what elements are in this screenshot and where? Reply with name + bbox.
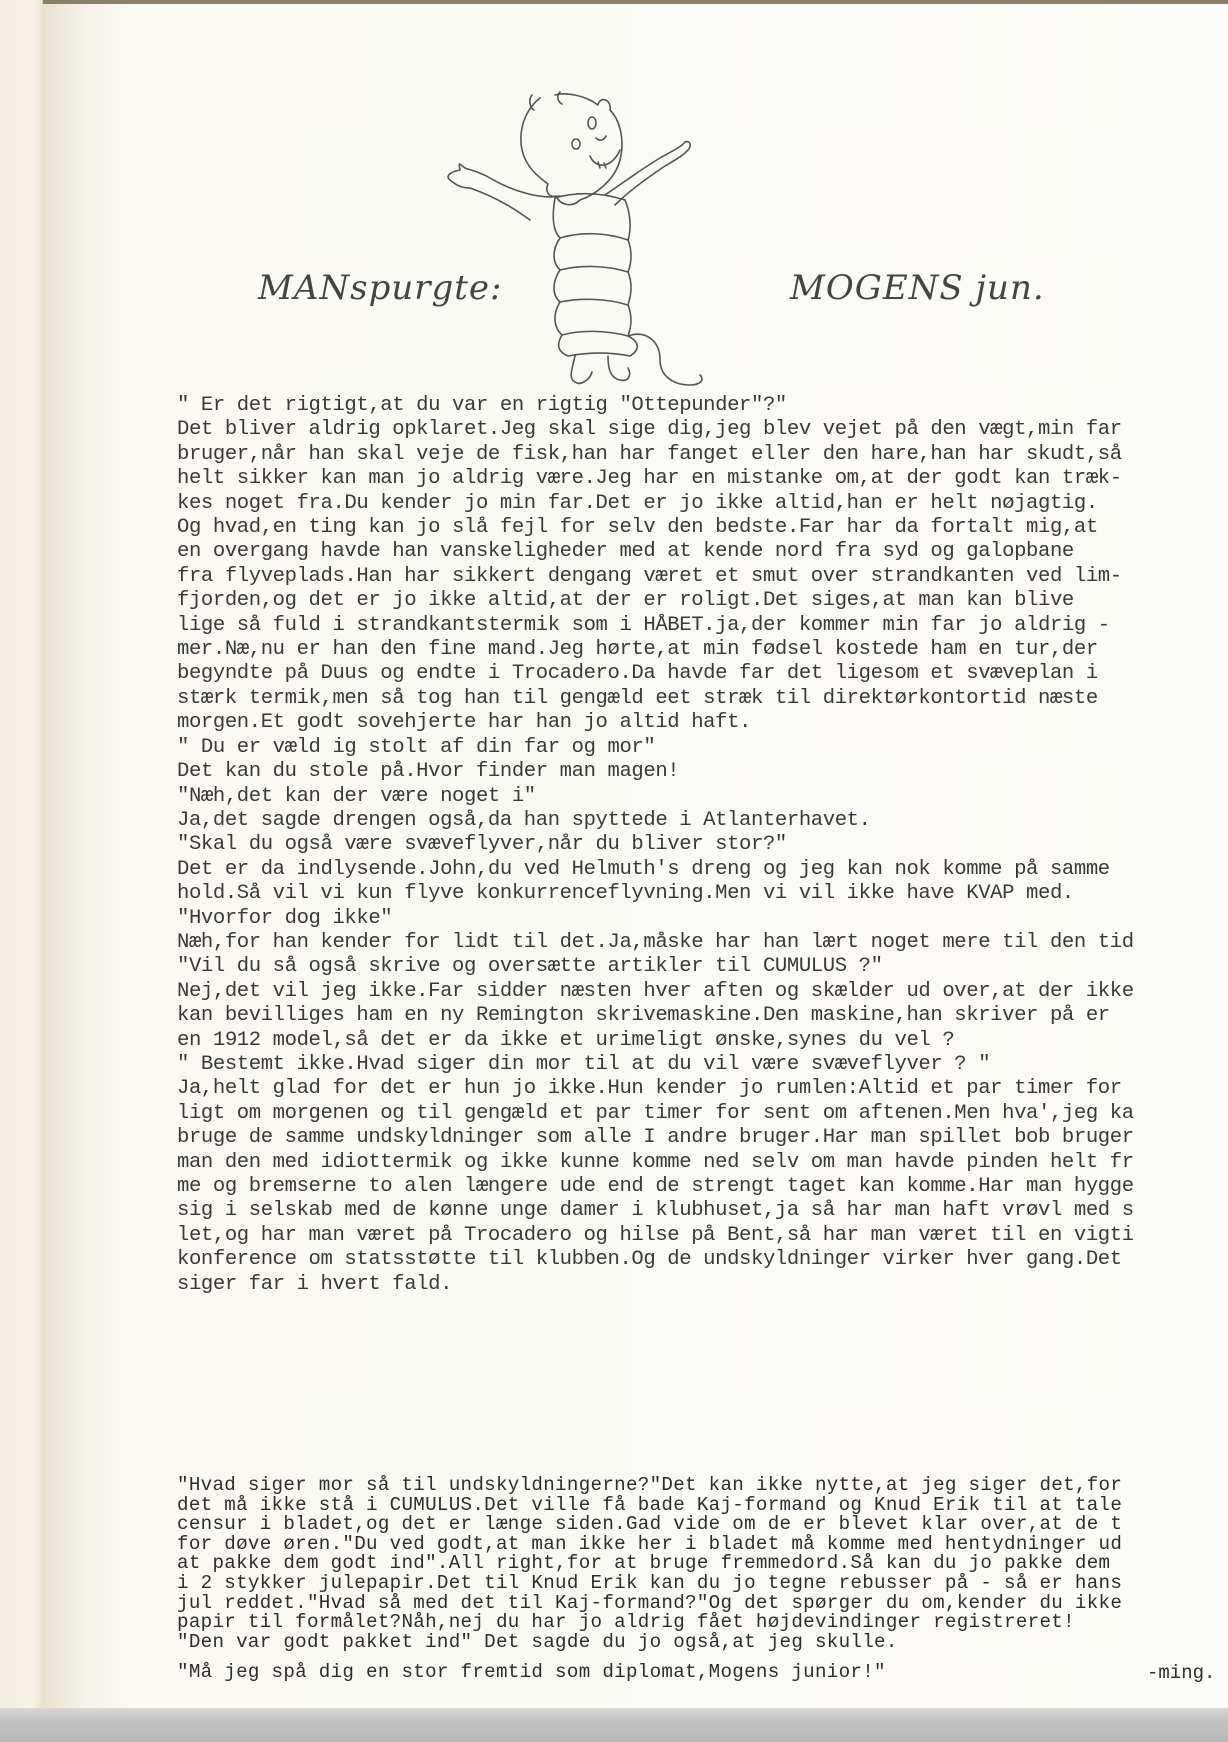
text-line: "Hvorfor dog ikke": [177, 907, 1228, 931]
text-line: i 2 stykker julepapir.Det til Knud Erik …: [177, 1574, 1228, 1594]
text-line: kan bevilliges ham en ny Remington skriv…: [177, 1004, 1228, 1028]
text-line: "Skal du også være svæveflyver,når du bl…: [177, 833, 1228, 857]
text-line: kes noget fra.Du kender jo min far.Det e…: [177, 492, 1228, 516]
text-line: Og hvad,en ting kan jo slå fejl for selv…: [177, 516, 1228, 540]
text-line: fra flyveplads.Han har sikkert dengang v…: [177, 565, 1228, 589]
author-signature: -ming.: [1147, 1662, 1215, 1684]
text-line: "Næh,det kan der være noget i": [177, 785, 1228, 809]
text-line: Det kan du stole på.Hvor finder man mage…: [177, 760, 1228, 784]
closing-line: "Må jeg spå dig en stor fremtid som dipl…: [177, 1660, 1228, 1684]
cartoon-boy-illustration: [0, 0, 1228, 400]
text-line: sig i selskab med de kønne unge damer i …: [177, 1199, 1228, 1223]
interview-final-paragraph: "Hvad siger mor så til undskyldningerne?…: [177, 1476, 1228, 1652]
text-line: en overgang havde han vanskeligheder med…: [177, 540, 1228, 564]
text-line: let,og har man været på Trocadero og hil…: [177, 1224, 1228, 1248]
text-line: Det er da indlysende.John,du ved Helmuth…: [177, 858, 1228, 882]
text-line: stærk termik,men så tog han til gengæld …: [177, 687, 1228, 711]
text-line: bruger,når han skal veje de fisk,han har…: [177, 443, 1228, 467]
text-line: morgen.Et godt sovehjerte har han jo alt…: [177, 711, 1228, 735]
scan-bottom-edge: [0, 1708, 1228, 1742]
text-line: "Hvad siger mor så til undskyldningerne?…: [177, 1476, 1228, 1496]
caption-man-spurgte: MANspurgte:: [258, 268, 502, 308]
text-line: " Du er væld ig stolt af din far og mor": [177, 736, 1228, 760]
text-line: censur i bladet,og det er længe siden.Ga…: [177, 1515, 1228, 1535]
text-line: papir til formålet?Nåh,nej du har jo ald…: [177, 1613, 1228, 1633]
text-line: mer.Næ,nu er han den fine mand.Jeg hørte…: [177, 638, 1228, 662]
closing-question: "Må jeg spå dig en stor fremtid som dipl…: [177, 1660, 1228, 1684]
text-line: hold.Så vil vi kun flyve konkurrenceflyv…: [177, 882, 1228, 906]
text-line: Næh,for han kender for lidt til det.Ja,m…: [177, 931, 1228, 955]
text-line: ligt om morgenen og til gengæld et par t…: [177, 1102, 1228, 1126]
text-line: Nej,det vil jeg ikke.Far sidder næsten h…: [177, 980, 1228, 1004]
text-line: helt sikker kan man jo aldrig være.Jeg h…: [177, 467, 1228, 491]
text-line: begyndte på Duus og endte i Trocadero.Da…: [177, 662, 1228, 686]
text-line: fjorden,og det er jo ikke altid,at der e…: [177, 589, 1228, 613]
text-line: konference om statsstøtte til klubben.Og…: [177, 1248, 1228, 1272]
text-line: siger far i hvert fald.: [177, 1273, 1228, 1297]
text-line: " Bestemt ikke.Hvad siger din mor til at…: [177, 1053, 1228, 1077]
text-line: man den med idiottermik og ikke kunne ko…: [177, 1151, 1228, 1175]
text-line: "Den var godt pakket ind" Det sagde du j…: [177, 1633, 1228, 1653]
interview-body: " Er det rigtigt,at du var en rigtig "Ot…: [177, 394, 1228, 1297]
text-line: Ja,helt glad for det er hun jo ikke.Hun …: [177, 1077, 1228, 1101]
caption-mogens-jun: MOGENS jun.: [790, 268, 1045, 308]
text-line: " Er det rigtigt,at du var en rigtig "Ot…: [177, 394, 1228, 418]
text-line: lige så fuld i strandkantstermik som i H…: [177, 614, 1228, 638]
text-line: me og bremserne to alen længere ude end …: [177, 1175, 1228, 1199]
text-line: Ja,det sagde drengen også,da han spytted…: [177, 809, 1228, 833]
text-line: Det bliver aldrig opklaret.Jeg skal sige…: [177, 418, 1228, 442]
text-line: bruge de samme undskyldninger som alle I…: [177, 1126, 1228, 1150]
text-line: "Vil du så også skrive og oversætte arti…: [177, 955, 1228, 979]
text-line: en 1912 model,så det er da ikke et urime…: [177, 1029, 1228, 1053]
